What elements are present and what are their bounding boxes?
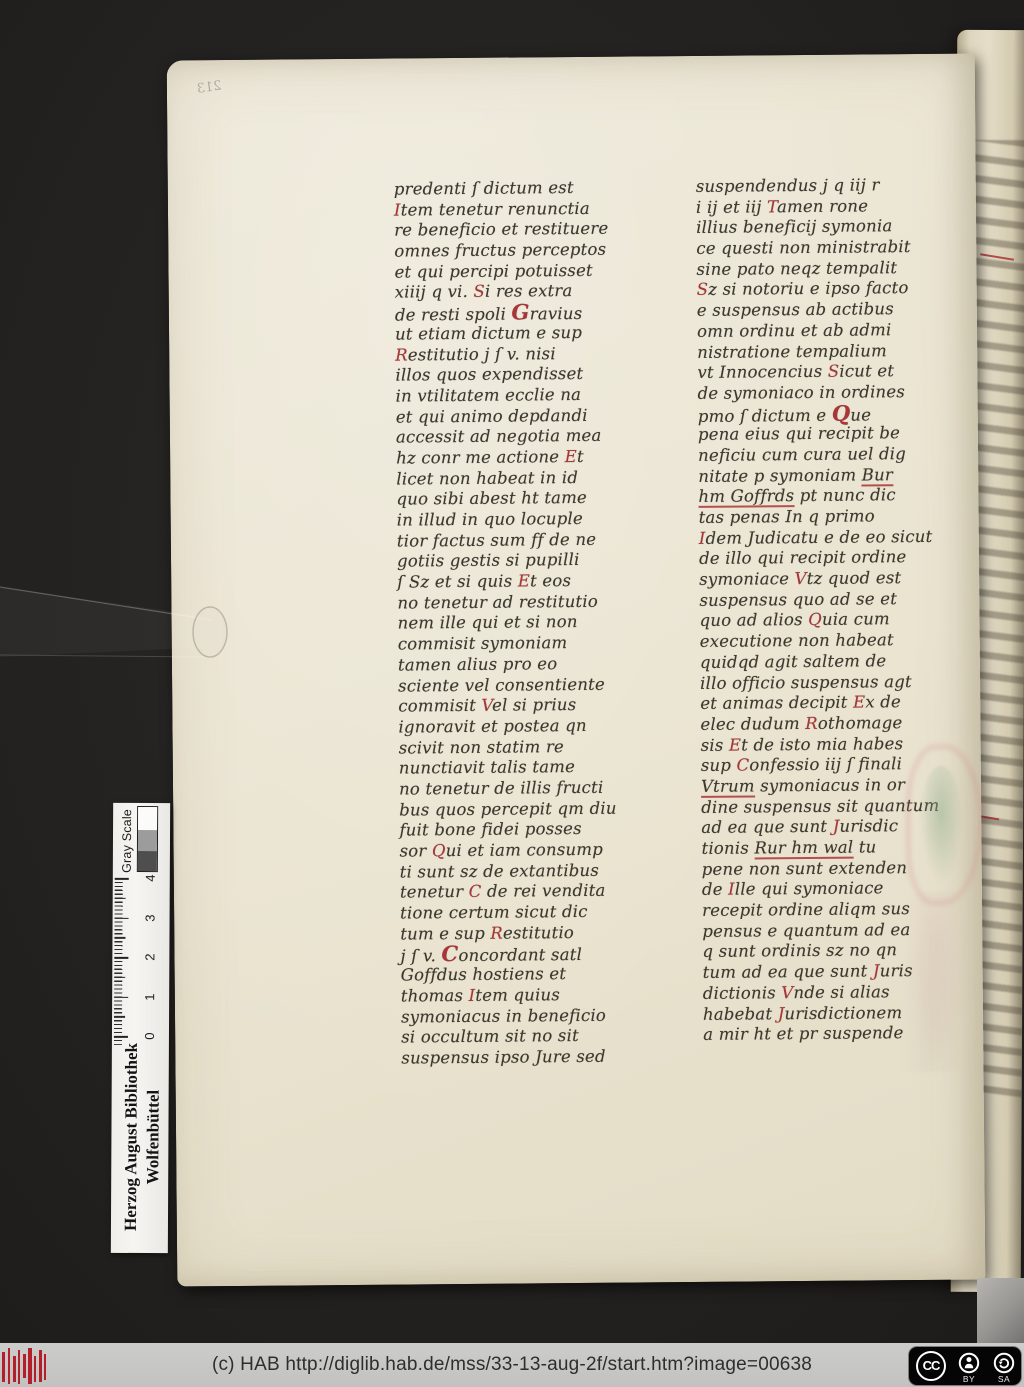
registration-bar <box>23 1354 26 1378</box>
manuscript-line: illos quos expendisset <box>395 363 657 386</box>
cc-sa-arrow-icon <box>993 1352 1015 1374</box>
manuscript-line: Restitutio j ſ v. nisi <box>395 343 657 366</box>
manuscript-line: illo officio suspensus agt <box>700 671 962 694</box>
ruler-number: 4 <box>144 871 158 885</box>
manuscript-line: omn ordinu et ab admi <box>697 319 959 342</box>
cc-license-badge: CC BY SA <box>908 1346 1022 1386</box>
gray-patch-dark <box>138 850 157 871</box>
library-name-line2: Wolfenbüttel <box>142 1039 165 1235</box>
manuscript-line: Sz si notoriu e ipso facto <box>697 278 959 301</box>
manuscript-line: sine pato neqz tempalit <box>696 257 958 280</box>
manuscript-line: thomas Item quius <box>401 984 663 1007</box>
manuscript-line: quo ad alios Quia cum <box>699 609 961 632</box>
gray-scale-patches <box>137 806 158 872</box>
manuscript-line: si occultum sit no sit <box>401 1025 663 1048</box>
manuscript-line: re beneficio et restituere <box>394 219 656 242</box>
manuscript-line: suspendendus j q iij r <box>696 175 958 198</box>
registration-bar <box>44 1354 46 1380</box>
manuscript-line: elec dudum Rothomage <box>700 713 962 736</box>
photo-background-patch <box>977 1278 1024 1346</box>
manuscript-line: symoniace Vtz quod est <box>699 568 961 591</box>
manuscript-page: 213 predenti ſ dictum estItem tenetur re… <box>167 53 986 1286</box>
manuscript-line: tas penas In q primo <box>699 506 961 529</box>
manuscript-line: tum e sup Restitutio <box>400 922 662 945</box>
by-label: BY <box>958 1374 980 1384</box>
manuscript-line: et qui animo depdandi <box>396 405 658 428</box>
footer-bar: (c) HAB http://diglib.hab.de/mss/33-13-a… <box>0 1343 1024 1387</box>
color-registration-icon <box>2 1348 50 1384</box>
cc-by-person-icon <box>958 1352 980 1374</box>
manuscript-line: nistratione tempalium <box>697 340 959 363</box>
manuscript-line: tenetur C de rei vendita <box>400 881 662 904</box>
manuscript-line: scivit non statim re <box>399 736 661 759</box>
copyright-text: (c) HAB http://diglib.hab.de/mss/33-13-a… <box>0 1343 1024 1387</box>
ruler-medium-tick <box>114 977 125 978</box>
manuscript-line: nem ille qui et si non <box>398 612 660 635</box>
manuscript-line: Idem Judicatu e de eo sicut <box>699 526 961 549</box>
manuscript-line: sciente vel consentiente <box>398 674 660 697</box>
manuscript-line: hz conr me actione Et <box>396 446 658 469</box>
manuscript-line: neficiu cum cura uel dig <box>698 444 960 467</box>
registration-bar <box>28 1348 32 1384</box>
ruler-number: 3 <box>144 911 158 925</box>
registration-bar <box>39 1350 42 1382</box>
manuscript-line: j ſ v. Concordant satl <box>400 943 662 966</box>
manuscript-line: suspensus quo ad se et <box>699 588 961 611</box>
ruler-strip: Gray Scale 43210 Herzog August Bibliothe… <box>111 803 170 1253</box>
manuscript-line: suspensus ipso Jure sed <box>401 1046 663 1069</box>
manuscript-line: sor Qui et iam consump <box>399 839 661 862</box>
ruler-medium-tick <box>114 1016 125 1017</box>
manuscript-line: tamen alius pro eo <box>398 653 660 676</box>
registration-bar <box>2 1352 5 1382</box>
manuscript-line: no tenetur ad restitutio <box>397 591 659 614</box>
manuscript-line: nitate p symoniam Bur <box>698 464 960 487</box>
manuscript-line: de resti spoli Gravius <box>395 301 657 324</box>
manuscript-line: vt Innocencius Sicut et <box>697 361 959 384</box>
manuscript-line: accessit ad negotia mea <box>396 426 658 449</box>
manuscript-line: commisit Vel si prius <box>398 694 660 717</box>
ruler-number: 2 <box>143 950 157 964</box>
manuscript-line: licet non habeat in id <box>396 467 658 490</box>
manuscript-line: de symoniaco in ordines <box>698 382 960 405</box>
manuscript-line: ſ Sz et si quis Et eos <box>397 570 659 593</box>
manuscript-line: illius beneficij symonia <box>696 216 958 239</box>
manuscript-line: et animas decipit Ex de <box>700 692 962 715</box>
sa-label: SA <box>993 1374 1015 1384</box>
manuscript-column-left: predenti ſ dictum estItem tenetur renunc… <box>394 177 664 1069</box>
manuscript-line: Goffdus hostiens et <box>401 963 663 986</box>
manuscript-line: ignoravit et postea qn <box>398 715 660 738</box>
ruler-major-tick <box>114 1036 128 1038</box>
manuscript-line: et qui percipi potuisset <box>394 260 656 283</box>
manuscript-line: commisit symoniam <box>398 632 660 655</box>
manuscript-line: omnes fructus perceptos <box>394 239 656 262</box>
ruler-major-tick <box>115 878 129 880</box>
manuscript-line: ti sunt sz de extantibus <box>400 860 662 883</box>
registration-bar <box>13 1356 16 1382</box>
manuscript-line: symoniacus in beneficio <box>401 1005 663 1028</box>
manuscript-line: no tenetur de illis fructi <box>399 777 661 800</box>
ruler-major-tick <box>114 996 128 998</box>
manuscript-line: bus quos percepit qm diu <box>399 798 661 821</box>
gray-patch-white <box>138 807 157 830</box>
manuscript-line: in vtilitatem ecclie na <box>396 384 658 407</box>
ruler-major-tick <box>114 957 128 959</box>
ruler-number: 1 <box>143 990 157 1004</box>
manuscript-line: Item tenetur renunctia <box>394 198 656 221</box>
cc-logo-icon: CC <box>916 1351 946 1381</box>
ruler-medium-tick <box>115 898 126 899</box>
manuscript-line: e suspensus ab actibus <box>697 299 959 322</box>
manuscript-line: pena eius qui recipit be <box>698 423 960 446</box>
manuscript-line: nunctiavit talis tame <box>399 757 661 780</box>
manuscript-line: gotiis gestis si pupilli <box>397 550 659 573</box>
registration-bar <box>18 1350 20 1384</box>
registration-bar <box>8 1348 10 1384</box>
ruler-major-tick <box>115 917 129 919</box>
manuscript-line: tior factus sum ff de ne <box>397 529 659 552</box>
manuscript-line: pmo ſ dictum e Que <box>698 402 960 425</box>
pencil-note: 213 <box>196 78 223 97</box>
manuscript-line: predenti ſ dictum est <box>394 177 656 200</box>
library-name-line1: Herzog August Bibliothek <box>120 1039 143 1235</box>
manuscript-line: quidqd agit saltem de <box>700 650 962 673</box>
gray-scale-label: Gray Scale <box>120 807 136 875</box>
ruler-medium-tick <box>114 937 125 938</box>
manuscript-line: quo sibi abest ht tame <box>396 488 658 511</box>
library-label: Herzog August Bibliothek Wolfenbüttel <box>120 1039 169 1235</box>
manuscript-line: in illud in quo locuple <box>397 508 659 531</box>
manuscript-line: ce questi non ministrabit <box>696 237 958 260</box>
manuscript-line: tione certum sicut dic <box>400 901 662 924</box>
manuscript-line: executione non habeat <box>700 630 962 653</box>
gray-patch-mid <box>138 830 157 851</box>
ruler-minor-ticks <box>114 878 123 1045</box>
scan-stage: 213 predenti ſ dictum estItem tenetur re… <box>0 0 1024 1387</box>
margin-stain <box>900 892 974 1073</box>
manuscript-line: ut etiam dictum e sup <box>395 322 657 345</box>
manuscript-line: hm Goffrds pt nunc dic <box>698 485 960 508</box>
registration-bar <box>34 1356 36 1382</box>
manuscript-line: de illo qui recipit ordine <box>699 547 961 570</box>
manuscript-line: fuit bone fidei posses <box>399 819 661 842</box>
manuscript-line: i ij et iij Tamen rone <box>696 195 958 218</box>
